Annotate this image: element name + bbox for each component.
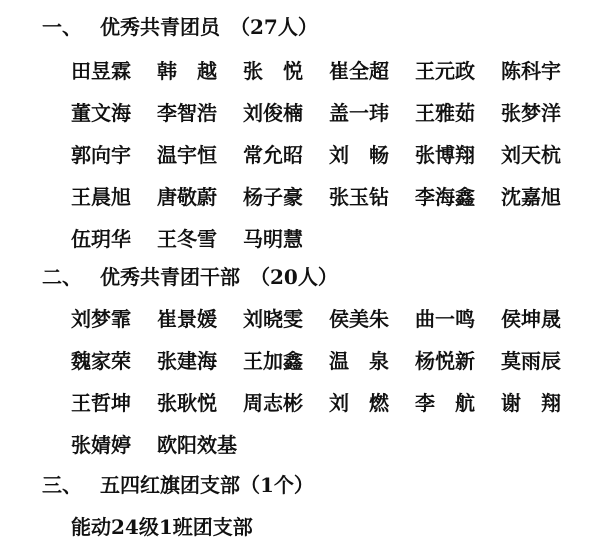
name-row: 董文海李智浩刘俊楠盖一玮王雅茹张梦洋 — [71, 98, 587, 128]
member-name: 王冬雪 — [157, 224, 243, 254]
member-name: 谢翔 — [501, 388, 587, 418]
name-row: 魏家荣张建海王加鑫温泉杨悦新莫雨辰 — [71, 346, 587, 376]
section-number: 二、 — [42, 262, 100, 292]
member-name: 刘燃 — [329, 388, 415, 418]
member-name: 李海鑫 — [415, 182, 501, 212]
member-name: 王晨旭 — [71, 182, 157, 212]
section-count: （20人） — [250, 262, 338, 292]
member-name: 刘俊楠 — [243, 98, 329, 128]
member-name: 魏家荣 — [71, 346, 157, 376]
section-title: 优秀共青团员 — [100, 12, 220, 42]
member-name: 郭向宇 — [71, 140, 157, 170]
member-name: 李智浩 — [157, 98, 243, 128]
member-name: 陈科宇 — [501, 56, 587, 86]
name-row: 伍玥华王冬雪马明慧 — [71, 224, 329, 254]
member-name: 莫雨辰 — [501, 346, 587, 376]
member-name: 张耿悦 — [157, 388, 243, 418]
member-name: 张玉钻 — [329, 182, 415, 212]
member-name: 杨悦新 — [415, 346, 501, 376]
member-name: 伍玥华 — [71, 224, 157, 254]
member-name: 侯坤晟 — [501, 304, 587, 334]
member-name: 崔全超 — [329, 56, 415, 86]
member-name: 李航 — [415, 388, 501, 418]
member-name: 刘晓雯 — [243, 304, 329, 334]
member-name: 曲一鸣 — [415, 304, 501, 334]
name-row: 田昱霖韩越张悦崔全超王元政陈科宇 — [71, 56, 587, 86]
member-name: 王哲坤 — [71, 388, 157, 418]
section-number: 一、 — [42, 12, 100, 42]
member-name: 周志彬 — [243, 388, 329, 418]
section-title: 五四红旗团支部 — [100, 470, 240, 500]
member-name: 张梦洋 — [501, 98, 587, 128]
member-name: 王雅茹 — [415, 98, 501, 128]
member-name: 刘梦霏 — [71, 304, 157, 334]
member-name: 常允昭 — [243, 140, 329, 170]
member-name: 刘天杭 — [501, 140, 587, 170]
member-name: 韩越 — [157, 56, 243, 86]
section-count: （27人） — [230, 12, 318, 42]
section-heading: 一、优秀共青团员（27人） — [42, 12, 318, 42]
member-name: 温宇恒 — [157, 140, 243, 170]
member-name: 崔景媛 — [157, 304, 243, 334]
member-name: 马明慧 — [243, 224, 329, 254]
section-heading: 二、优秀共青团干部（20人） — [42, 262, 338, 292]
member-name: 沈嘉旭 — [501, 182, 587, 212]
member-name: 董文海 — [71, 98, 157, 128]
name-row: 王哲坤张耿悦周志彬刘燃李航谢翔 — [71, 388, 587, 418]
member-name: 刘畅 — [329, 140, 415, 170]
member-name: 杨子豪 — [243, 182, 329, 212]
member-name: 欧阳效基 — [157, 430, 243, 460]
member-name: 张婧婷 — [71, 430, 157, 460]
member-name: 温泉 — [329, 346, 415, 376]
member-name: 王元政 — [415, 56, 501, 86]
member-name: 唐敬蔚 — [157, 182, 243, 212]
member-name: 张建海 — [157, 346, 243, 376]
name-row: 张婧婷欧阳效基 — [71, 430, 243, 460]
member-name: 盖一玮 — [329, 98, 415, 128]
member-name: 张悦 — [243, 56, 329, 86]
section-count: （1个） — [240, 470, 314, 500]
name-row: 刘梦霏崔景媛刘晓雯侯美朱曲一鸣侯坤晟 — [71, 304, 587, 334]
name-row: 郭向宇温宇恒常允昭刘畅张博翔刘天杭 — [71, 140, 587, 170]
member-name: 王加鑫 — [243, 346, 329, 376]
section-title: 优秀共青团干部 — [100, 262, 240, 292]
name-row: 王晨旭唐敬蔚杨子豪张玉钻李海鑫沈嘉旭 — [71, 182, 587, 212]
member-name: 田昱霖 — [71, 56, 157, 86]
section-number: 三、 — [42, 470, 100, 500]
section-heading: 三、五四红旗团支部（1个） — [42, 470, 314, 500]
branch-name: 能动24级1班团支部 — [71, 512, 253, 542]
member-name: 侯美朱 — [329, 304, 415, 334]
member-name: 张博翔 — [415, 140, 501, 170]
